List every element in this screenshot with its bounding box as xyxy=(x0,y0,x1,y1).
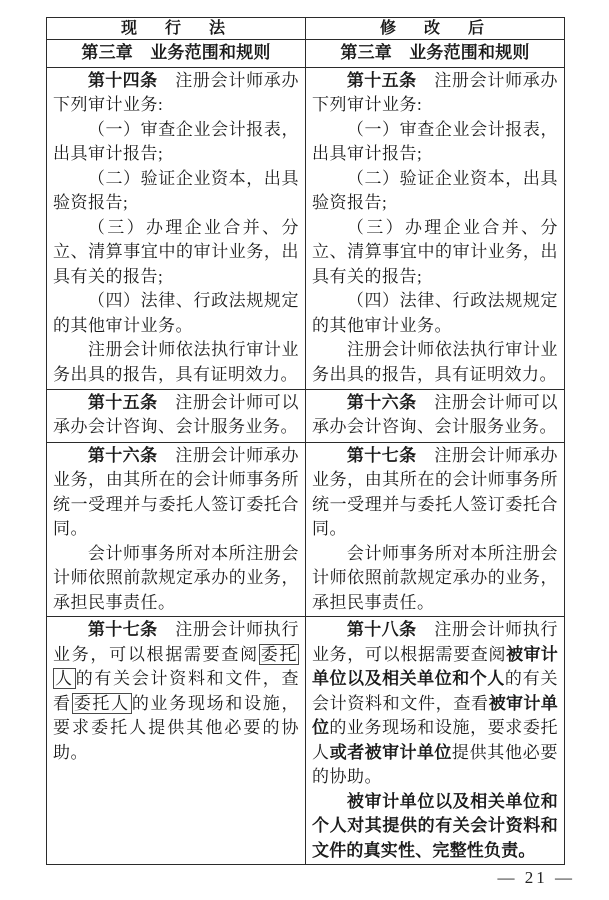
emphasized-text: 第十五条 xyxy=(347,71,417,90)
document-page: 现 行 法 修 改 后 第三章 业务范围和规则第三章 业务范围和规则第十四条 注… xyxy=(0,0,609,900)
paragraph: 第十六条 注册会计师可以承办会计咨询、会计服务业务。 xyxy=(312,391,558,440)
paragraph: 第十七条 注册会计师执行业务，可以根据需要查阅委托人的有关会计资料和文件，查看委… xyxy=(53,618,299,765)
text-segment: （二）验证企业资本，出具验资报告; xyxy=(53,169,299,213)
emphasized-text: 第十七条 xyxy=(347,446,417,465)
table-row: 第十五条 注册会计师可以承办会计咨询、会计服务业务。第十六条 注册会计师可以承办… xyxy=(47,389,565,442)
emphasized-text: 被审计单位以及相关单位和个人对其提供的有关会计资料和文件的真实性、完整性负责。 xyxy=(312,792,558,860)
paragraph: 会计师事务所对本所注册会计师依照前款规定承办的业务，承担民事责任。 xyxy=(312,542,558,616)
text-segment: （四）法律、行政法规规定的其他审计业务。 xyxy=(53,291,299,335)
cell-current-law: 第十七条 注册会计师执行业务，可以根据需要查阅委托人的有关会计资料和文件，查看委… xyxy=(47,617,306,865)
text-segment: （一）审查企业会计报表，出具审计报告; xyxy=(53,120,299,164)
paragraph: 注册会计师依法执行审计业务出具的报告，具有证明效力。 xyxy=(312,338,558,387)
text-segment: （一）审查企业会计报表，出具审计报告; xyxy=(312,120,558,164)
text-segment: 注册会计师依法执行审计业务出具的报告，具有证明效力。 xyxy=(53,340,299,384)
text-segment: 会计师事务所对本所注册会计师依照前款规定承办的业务，承担民事责任。 xyxy=(312,544,558,612)
paragraph: （三）办理企业合并、分立、清算事宜中的审计业务，出具有关的报告; xyxy=(312,216,558,290)
cell-current-law: 第十五条 注册会计师可以承办会计咨询、会计服务业务。 xyxy=(47,389,306,442)
paragraph: 第十七条 注册会计师承办业务，由其所在的会计师事务所统一受理并与委托人签订委托合… xyxy=(312,444,558,542)
text-segment: （二）验证企业资本，出具验资报告; xyxy=(312,169,558,213)
text-segment: （三）办理企业合并、分立、清算事宜中的审计业务，出具有关的报告; xyxy=(53,218,299,286)
paragraph: 第十八条 注册会计师执行业务，可以根据需要查阅被审计单位以及相关单位和个人的有关… xyxy=(312,618,558,790)
cell-revised: 第十六条 注册会计师可以承办会计咨询、会计服务业务。 xyxy=(306,389,565,442)
emphasized-text: 第十八条 xyxy=(347,620,417,639)
emphasized-text: 第三章 业务范围和规则 xyxy=(81,43,270,62)
cell-revised: 第十五条 注册会计师承办下列审计业务:（一）审查企业会计报表，出具审计报告;（二… xyxy=(306,67,565,389)
paragraph: 第十四条 注册会计师承办下列审计业务: xyxy=(53,69,299,118)
paragraph: 第十五条 注册会计师可以承办会计咨询、会计服务业务。 xyxy=(53,391,299,440)
chapter-heading: 第三章 业务范围和规则 xyxy=(53,41,299,66)
emphasized-text: 第十六条 xyxy=(88,446,158,465)
paragraph: 第十五条 注册会计师承办下列审计业务: xyxy=(312,69,558,118)
header-revised: 修 改 后 xyxy=(306,18,565,40)
emphasized-text: 第三章 业务范围和规则 xyxy=(340,43,529,62)
emphasized-text: 第十六条 xyxy=(347,393,417,412)
chapter-heading: 第三章 业务范围和规则 xyxy=(312,41,558,66)
text-segment: 会计师事务所对本所注册会计师依照前款规定承办的业务，承担民事责任。 xyxy=(53,544,299,612)
paragraph: 会计师事务所对本所注册会计师依照前款规定承办的业务，承担民事责任。 xyxy=(53,542,299,616)
paragraph: （四）法律、行政法规规定的其他审计业务。 xyxy=(53,289,299,338)
comparison-table-header: 现 行 法 修 改 后 xyxy=(47,18,565,40)
cell-current-law: 第十四条 注册会计师承办下列审计业务:（一）审查企业会计报表，出具审计报告;（二… xyxy=(47,67,306,389)
text-segment: （四）法律、行政法规规定的其他审计业务。 xyxy=(312,291,558,335)
cell-revised: 第十八条 注册会计师执行业务，可以根据需要查阅被审计单位以及相关单位和个人的有关… xyxy=(306,617,565,865)
emphasized-text: 第十四条 xyxy=(88,71,158,90)
paragraph: （一）审查企业会计报表，出具审计报告; xyxy=(312,118,558,167)
paragraph: （二）验证企业资本，出具验资报告; xyxy=(312,167,558,216)
table-row: 第十七条 注册会计师执行业务，可以根据需要查阅委托人的有关会计资料和文件，查看委… xyxy=(47,617,565,865)
emphasized-text: 第十七条 xyxy=(88,620,158,639)
paragraph: 注册会计师依法执行审计业务出具的报告，具有证明效力。 xyxy=(53,338,299,387)
paragraph: （四）法律、行政法规规定的其他审计业务。 xyxy=(312,289,558,338)
comparison-rows: 第三章 业务范围和规则第三章 业务范围和规则第十四条 注册会计师承办下列审计业务… xyxy=(47,40,565,865)
header-row: 现 行 法 修 改 后 xyxy=(47,18,565,40)
cell-revised: 第三章 业务范围和规则 xyxy=(306,40,565,68)
text-segment: 注册会计师依法执行审计业务出具的报告，具有证明效力。 xyxy=(312,340,558,384)
emphasized-text: 或者被审计单位 xyxy=(330,743,452,762)
table-row: 第三章 业务范围和规则第三章 业务范围和规则 xyxy=(47,40,565,68)
cell-revised: 第十七条 注册会计师承办业务，由其所在的会计师事务所统一受理并与委托人签订委托合… xyxy=(306,442,565,617)
comparison-table: 现 行 法 修 改 后 第三章 业务范围和规则第三章 业务范围和规则第十四条 注… xyxy=(46,17,565,865)
table-row: 第十四条 注册会计师承办下列审计业务:（一）审查企业会计报表，出具审计报告;（二… xyxy=(47,67,565,389)
paragraph: 被审计单位以及相关单位和个人对其提供的有关会计资料和文件的真实性、完整性负责。 xyxy=(312,790,558,864)
paragraph: （二）验证企业资本，出具验资报告; xyxy=(53,167,299,216)
cell-current-law: 第十六条 注册会计师承办业务，由其所在的会计师事务所统一受理并与委托人签订委托合… xyxy=(47,442,306,617)
page-number: — 21 — xyxy=(498,868,576,888)
emphasized-text: 第十五条 xyxy=(88,393,158,412)
paragraph: （三）办理企业合并、分立、清算事宜中的审计业务，出具有关的报告; xyxy=(53,216,299,290)
paragraph: （一）审查企业会计报表，出具审计报告; xyxy=(53,118,299,167)
cell-current-law: 第三章 业务范围和规则 xyxy=(47,40,306,68)
table-row: 第十六条 注册会计师承办业务，由其所在的会计师事务所统一受理并与委托人签订委托合… xyxy=(47,442,565,617)
deleted-text: 委托人 xyxy=(72,693,132,714)
paragraph: 第十六条 注册会计师承办业务，由其所在的会计师事务所统一受理并与委托人签订委托合… xyxy=(53,444,299,542)
header-current-law: 现 行 法 xyxy=(47,18,306,40)
text-segment: （三）办理企业合并、分立、清算事宜中的审计业务，出具有关的报告; xyxy=(312,218,558,286)
